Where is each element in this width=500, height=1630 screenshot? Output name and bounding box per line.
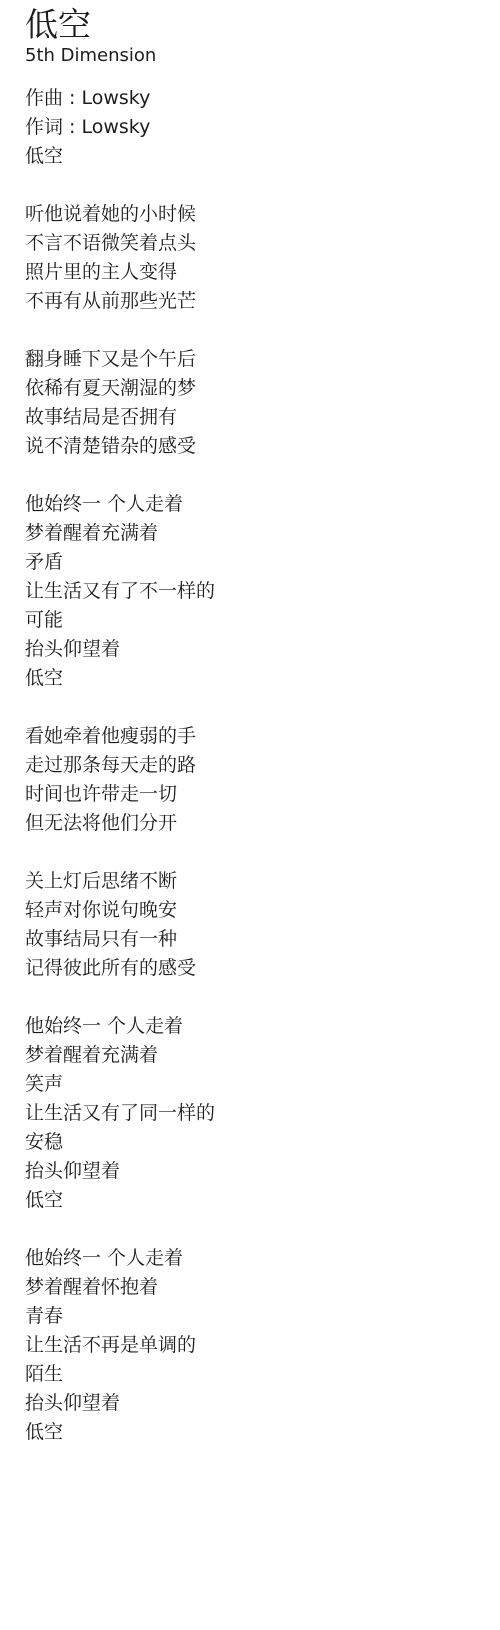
stanza: 看她牵着他瘦弱的手走过那条每天走的路时间也许带走一切但无法将他们分开 [25,722,480,838]
lyric-line: 他始终一 个人走着 [25,1012,480,1041]
lyric-line: 抬头仰望着 [25,1157,480,1186]
stanza: 作曲 : Lowsky作词 : Lowsky低空 [25,84,480,171]
lyric-line: 梦着醒着怀抱着 [25,1273,480,1302]
lyric-line: 作词 : Lowsky [25,113,480,142]
lyric-line: 记得彼此所有的感受 [25,954,480,983]
stanza: 听他说着她的小时候不言不语微笑着点头照片里的主人变得不再有从前那些光芒 [25,200,480,316]
stanza: 翻身睡下又是个午后依稀有夏天潮湿的梦故事结局是否拥有说不清楚错杂的感受 [25,345,480,461]
lyric-line: 让生活又有了不一样的 [25,577,480,606]
lyrics-page: 低空 5th Dimension 作曲 : Lowsky作词 : Lowsky低… [0,0,500,1447]
lyric-line: 抬头仰望着 [25,635,480,664]
lyric-line: 陌生 [25,1360,480,1389]
lyric-line: 但无法将他们分开 [25,809,480,838]
lyric-line: 翻身睡下又是个午后 [25,345,480,374]
lyric-line: 照片里的主人变得 [25,258,480,287]
lyric-line: 不再有从前那些光芒 [25,287,480,316]
lyric-line: 让生活不再是单调的 [25,1331,480,1360]
stanza: 关上灯后思绪不断轻声对你说句晚安故事结局只有一种记得彼此所有的感受 [25,867,480,983]
lyric-line: 梦着醒着充满着 [25,519,480,548]
lyric-line: 依稀有夏天潮湿的梦 [25,374,480,403]
lyric-line: 安稳 [25,1128,480,1157]
lyrics: 作曲 : Lowsky作词 : Lowsky低空听他说着她的小时候不言不语微笑着… [25,84,480,1447]
lyric-line: 梦着醒着充满着 [25,1041,480,1070]
lyric-line: 看她牵着他瘦弱的手 [25,722,480,751]
lyric-line: 关上灯后思绪不断 [25,867,480,896]
lyric-line: 让生活又有了同一样的 [25,1099,480,1128]
lyric-line: 低空 [25,664,480,693]
stanza: 他始终一 个人走着梦着醒着充满着矛盾让生活又有了不一样的可能抬头仰望着低空 [25,490,480,693]
lyric-line: 听他说着她的小时候 [25,200,480,229]
lyric-line: 故事结局只有一种 [25,925,480,954]
lyric-line: 笑声 [25,1070,480,1099]
lyric-line: 可能 [25,606,480,635]
lyric-line: 他始终一 个人走着 [25,1244,480,1273]
lyric-line: 时间也许带走一切 [25,780,480,809]
lyric-line: 走过那条每天走的路 [25,751,480,780]
song-title: 低空 [25,6,480,44]
lyric-line: 说不清楚错杂的感受 [25,432,480,461]
stanza: 他始终一 个人走着梦着醒着怀抱着青春让生活不再是单调的陌生抬头仰望着低空 [25,1244,480,1447]
lyric-line: 低空 [25,1186,480,1215]
lyric-line: 抬头仰望着 [25,1389,480,1418]
lyric-line: 他始终一 个人走着 [25,490,480,519]
lyric-line: 矛盾 [25,548,480,577]
lyric-line: 故事结局是否拥有 [25,403,480,432]
stanza: 他始终一 个人走着梦着醒着充满着笑声让生活又有了同一样的安稳抬头仰望着低空 [25,1012,480,1215]
lyric-line: 轻声对你说句晚安 [25,896,480,925]
lyric-line: 作曲 : Lowsky [25,84,480,113]
lyric-line: 低空 [25,142,480,171]
lyric-line: 青春 [25,1302,480,1331]
lyric-line: 不言不语微笑着点头 [25,229,480,258]
lyric-line: 低空 [25,1418,480,1447]
artist-name: 5th Dimension [25,44,480,67]
